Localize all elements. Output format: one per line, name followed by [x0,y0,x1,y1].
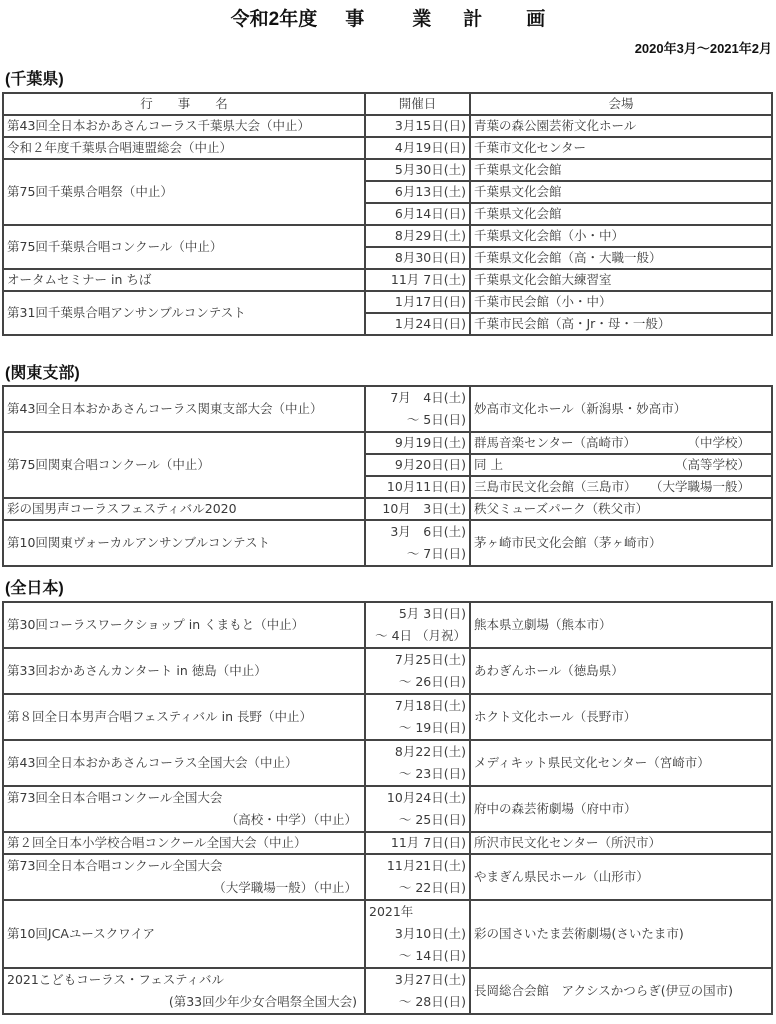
event-name: 第２回全日本小学校合唱コンクール全国大会（中止） [3,832,365,854]
event-date: 9月20日(日) [365,454,470,476]
event-name: 第73回全日本合唱コンクール全国大会 （高校・中学）（中止） [3,786,365,832]
event-name: 第75回千葉県合唱祭（中止） [3,159,365,225]
table-row: 第43回全日本おかあさんコーラス関東支部大会（中止） 7月 4日(土) ～ 5日… [3,386,772,432]
event-venue: 千葉県文化会館 [470,203,772,225]
event-name: 第10回JCAユースクワイア [3,900,365,968]
name-line: （大学職場一般）（中止） [7,877,361,899]
event-date: 1月17日(日) [365,291,470,313]
event-name: 第８回全日本男声合唱フェスティバル in 長野（中止） [3,694,365,740]
table-row: 第10回JCAユースクワイア 2021年 3月10日(土) ～ 14日(日) 彩… [3,900,772,968]
event-name: オータムセミナー in ちば [3,269,365,291]
schedule-table-all-japan: 第30回コーラスワークショップ in くまもと（中止） 5月 3日(日) ～ 4… [2,601,773,1015]
event-venue: 府中の森芸術劇場（府中市） [470,786,772,832]
event-date: 10月24日(土) ～ 25日(日) [365,786,470,832]
date-line: 11月21日(土) [369,855,466,877]
date-line: 3月27日(土) [369,969,466,991]
date-line: 3月 6日(土) [369,521,466,543]
event-date: 9月19日(土) [365,432,470,454]
event-name: 第75回千葉県合唱コンクール（中止） [3,225,365,269]
event-date: 11月 7日(土) [365,269,470,291]
event-venue: ホクト文化ホール（長野市） [470,694,772,740]
date-line: 7月 4日(土) [369,387,466,409]
date-line: ～ 28日(日) [369,991,466,1013]
event-date: 10月11日(日) [365,476,470,498]
table-row: 第73回全日本合唱コンクール全国大会 （大学職場一般）（中止） 11月21日(土… [3,854,772,900]
table-row: 彩の国男声コーラスフェスティバル2020 10月 3日(土) 秩父ミューズパーク… [3,498,772,520]
event-name: 第43回全日本おかあさんコーラス全国大会（中止） [3,740,365,786]
event-venue: 千葉県文化会館 [470,159,772,181]
section-title-chiba: (千葉県) [5,66,64,89]
table-row: 第10回関東ヴォーカルアンサンブルコンテスト 3月 6日(土) ～ 7日(日) … [3,520,772,566]
event-date: 7月18日(土) ～ 19日(日) [365,694,470,740]
section-title-kanto: (関東支部) [5,360,80,383]
name-line: 第73回全日本合唱コンクール全国大会 [7,787,361,809]
section-title-all-japan: (全日本) [5,575,64,598]
event-date: 3月15日(日) [365,115,470,137]
event-venue: 茅ヶ崎市民文化会館（茅ヶ崎市） [470,520,772,566]
event-date: 5月 3日(日) ～ 4日 （月祝） [365,602,470,648]
date-line: ～ 26日(日) [369,671,466,693]
event-date: 10月 3日(土) [365,498,470,520]
period-label: 2020年3月～2021年2月 [635,38,772,57]
date-line: 8月22日(土) [369,741,466,763]
event-date: 1月24日(日) [365,313,470,335]
title-part: 業 [412,4,431,31]
name-line: (第33回少年少女合唱祭全国大会) [7,991,361,1013]
table-row: 第73回全日本合唱コンクール全国大会 （高校・中学）（中止） 10月24日(土)… [3,786,772,832]
table-row: 第43回全日本おかあさんコーラス全国大会（中止） 8月22日(土) ～ 23日(… [3,740,772,786]
date-line: ～ 7日(日) [369,543,466,565]
venue-name: 同 上 [474,457,503,472]
date-line: 7月25日(土) [369,649,466,671]
event-venue: 秩父ミューズパーク（秩父市） [470,498,772,520]
event-venue: 千葉県文化会館大練習室 [470,269,772,291]
date-line: 10月24日(土) [369,787,466,809]
table-row: 令和２年度千葉県合唱連盟総会（中止） 4月19日(日) 千葉市文化センター [3,137,772,159]
event-name: 2021こどもコーラス・フェスティバル (第33回少年少女合唱祭全国大会) [3,968,365,1014]
event-venue: 群馬音楽センター（高崎市） （中学校） [470,432,772,454]
date-line: 3月10日(土) [369,923,466,945]
date-line: ～ 5日(日) [369,409,466,431]
venue-name: 群馬音楽センター（高崎市） [474,435,636,450]
title-part: 事 [345,4,364,31]
event-venue: やまぎん県民ホール（山形市） [470,854,772,900]
event-venue: 千葉市民会館（高・Jr・母・一般） [470,313,772,335]
event-date: 7月25日(土) ～ 26日(日) [365,648,470,694]
event-venue: 三島市民文化会館（三島市） （大学職場一般） [470,476,772,498]
event-name: 令和２年度千葉県合唱連盟総会（中止） [3,137,365,159]
table-row: 第75回千葉県合唱コンクール（中止） 8月29日(土) 千葉県文化会館（小・中） [3,225,772,247]
event-venue: 青葉の森公園芸術文化ホール [470,115,772,137]
page-title: 令和2年度事業計画 [0,4,776,31]
date-line: 7月18日(土) [369,695,466,717]
title-part: 計 [463,4,482,31]
event-name: 第43回全日本おかあさんコーラス関東支部大会（中止） [3,386,365,432]
event-venue: メディキット県民文化センター（宮崎市） [470,740,772,786]
date-line: 2021年 [369,901,466,923]
event-venue: 長岡総合会館 アクシスかつらぎ(伊豆の国市) [470,968,772,1014]
date-line: 5月 3日(日) [369,603,466,625]
event-venue: 千葉県文化会館（高・大職一般） [470,247,772,269]
event-name: 第10回関東ヴォーカルアンサンブルコンテスト [3,520,365,566]
schedule-table-chiba: 行 事 名 開催日 会場 第43回全日本おかあさんコーラス千葉県大会（中止） 3… [2,92,773,336]
event-date: 2021年 3月10日(土) ～ 14日(日) [365,900,470,968]
table-row: 第75回千葉県合唱祭（中止） 5月30日(土) 千葉県文化会館 [3,159,772,181]
event-date: 8月30日(日) [365,247,470,269]
date-line: ～ 19日(日) [369,717,466,739]
table-row: 第43回全日本おかあさんコーラス千葉県大会（中止） 3月15日(日) 青葉の森公… [3,115,772,137]
event-venue: 千葉市民会館（小・中） [470,291,772,313]
event-date: 11月21日(土) ～ 22日(日) [365,854,470,900]
venue-category: （高等学校） [675,455,768,475]
event-venue: 千葉県文化会館 [470,181,772,203]
date-line: ～ 23日(日) [369,763,466,785]
schedule-table-kanto: 第43回全日本おかあさんコーラス関東支部大会（中止） 7月 4日(土) ～ 5日… [2,385,773,567]
title-part: 画 [526,4,545,31]
event-name: 第31回千葉県合唱アンサンブルコンテスト [3,291,365,335]
event-venue: 彩の国さいたま芸術劇場(さいたま市) [470,900,772,968]
event-venue: 妙高市文化ホール（新潟県・妙高市） [470,386,772,432]
event-name: 第43回全日本おかあさんコーラス千葉県大会（中止） [3,115,365,137]
header-event-name: 行 事 名 [3,93,365,115]
event-venue: あわぎんホール（徳島県） [470,648,772,694]
event-venue: 同 上 （高等学校） [470,454,772,476]
date-line: ～ 14日(日) [369,945,466,967]
venue-category: （中学校） [687,433,768,453]
name-line: 第73回全日本合唱コンクール全国大会 [7,855,361,877]
event-date: 3月27日(土) ～ 28日(日) [365,968,470,1014]
table-row: 第30回コーラスワークショップ in くまもと（中止） 5月 3日(日) ～ 4… [3,602,772,648]
name-line: （高校・中学）（中止） [7,809,361,831]
event-date: 6月13日(土) [365,181,470,203]
venue-name: 三島市民文化会館（三島市） [474,479,637,494]
event-venue: 熊本県立劇場（熊本市） [470,602,772,648]
event-date: 7月 4日(土) ～ 5日(日) [365,386,470,432]
event-date: 4月19日(日) [365,137,470,159]
header-date: 開催日 [365,93,470,115]
table-row: 第31回千葉県合唱アンサンブルコンテスト 1月17日(日) 千葉市民会館（小・中… [3,291,772,313]
header-venue: 会場 [470,93,772,115]
table-header-row: 行 事 名 開催日 会場 [3,93,772,115]
name-line: 2021こどもコーラス・フェスティバル [7,969,361,991]
table-row: 第２回全日本小学校合唱コンクール全国大会（中止） 11月 7日(日) 所沢市民文… [3,832,772,854]
table-row: 第８回全日本男声合唱フェスティバル in 長野（中止） 7月18日(土) ～ 1… [3,694,772,740]
event-date: 3月 6日(土) ～ 7日(日) [365,520,470,566]
event-name: 彩の国男声コーラスフェスティバル2020 [3,498,365,520]
event-venue: 千葉市文化センター [470,137,772,159]
date-line: ～ 22日(日) [369,877,466,899]
table-row: 第75回関東合唱コンクール（中止） 9月19日(土) 群馬音楽センター（高崎市）… [3,432,772,454]
event-name: 第75回関東合唱コンクール（中止） [3,432,365,498]
event-name: 第33回おかあさんカンタート in 徳島（中止） [3,648,365,694]
event-name: 第73回全日本合唱コンクール全国大会 （大学職場一般）（中止） [3,854,365,900]
event-date: 8月29日(土) [365,225,470,247]
venue-category: （大学職場一般） [650,477,768,497]
date-line: ～ 4日 （月祝） [369,625,466,647]
event-date: 8月22日(土) ～ 23日(日) [365,740,470,786]
event-date: 6月14日(日) [365,203,470,225]
event-date: 5月30日(土) [365,159,470,181]
title-part: 令和2年度 [231,4,318,31]
event-date: 11月 7日(日) [365,832,470,854]
table-row: 第33回おかあさんカンタート in 徳島（中止） 7月25日(土) ～ 26日(… [3,648,772,694]
event-venue: 所沢市民文化センター（所沢市） [470,832,772,854]
event-name: 第30回コーラスワークショップ in くまもと（中止） [3,602,365,648]
date-line: ～ 25日(日) [369,809,466,831]
event-venue: 千葉県文化会館（小・中） [470,225,772,247]
table-row: オータムセミナー in ちば 11月 7日(土) 千葉県文化会館大練習室 [3,269,772,291]
table-row: 2021こどもコーラス・フェスティバル (第33回少年少女合唱祭全国大会) 3月… [3,968,772,1014]
